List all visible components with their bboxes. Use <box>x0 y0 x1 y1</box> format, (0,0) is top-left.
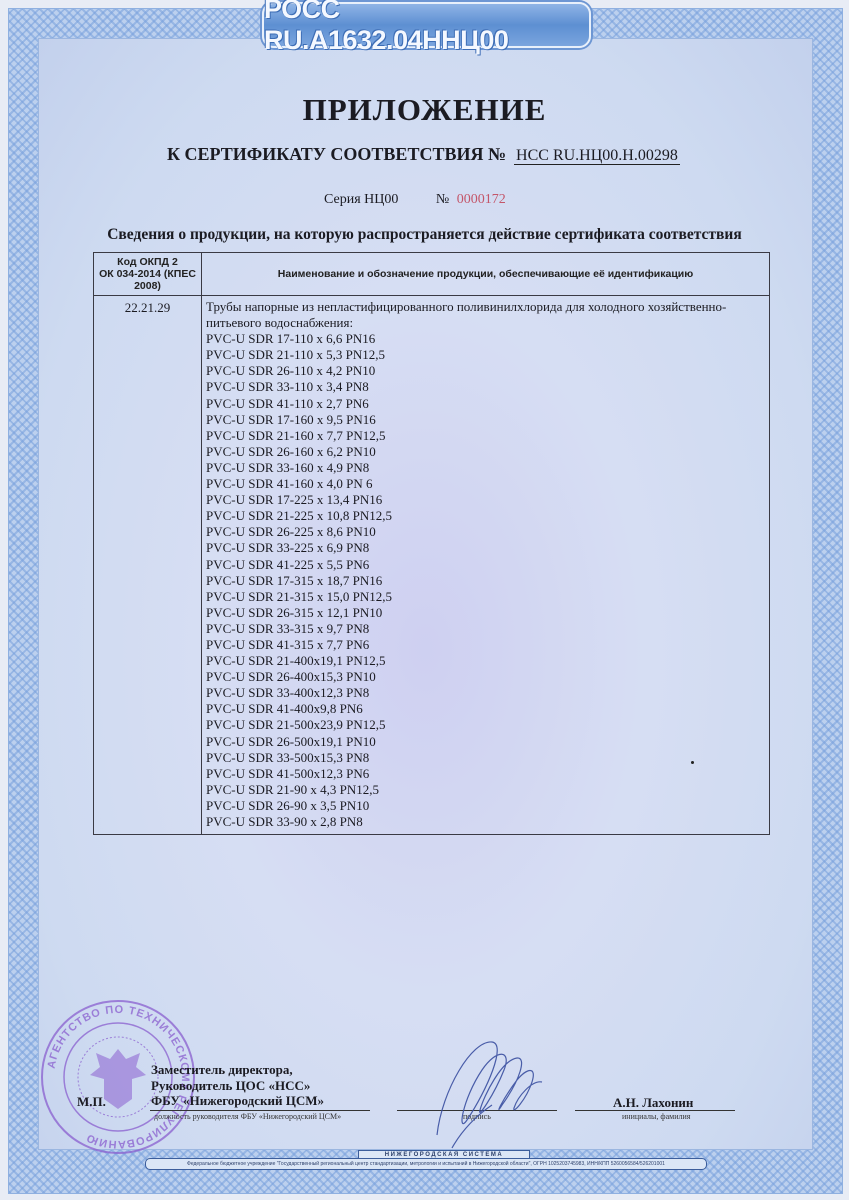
product-item: PVC-U SDR 33-500x15,3 PN8 <box>206 750 765 766</box>
product-item: PVC-U SDR 26-400x15,3 PN10 <box>206 669 765 685</box>
number-label: № <box>436 192 449 207</box>
table-row: 22.21.29Трубы напорные из непластифициро… <box>94 296 770 835</box>
product-item: PVC-U SDR 41-160 x 4,0 PN 6 <box>206 476 765 492</box>
product-item: PVC-U SDR 26-500x19,1 PN10 <box>206 734 765 750</box>
footer-organization: Федеральное бюджетное учреждение "Госуда… <box>145 1158 707 1170</box>
header-code-line1: Код ОКПД 2 <box>96 256 199 268</box>
products-table: Код ОКПД 2 ОК 034-2014 (КПЕС 2008) Наиме… <box>93 252 770 835</box>
header-name: Наименование и обозначение продукции, об… <box>202 253 770 296</box>
name-caption: инициалы, фамилия <box>622 1112 690 1121</box>
product-item: PVC-U SDR 21-110 x 5,3 PN12,5 <box>206 347 765 363</box>
description-line: Трубы напорные из непластифицированного … <box>206 299 765 315</box>
product-item: PVC-U SDR 21-90 x 4,3 PN12,5 <box>206 782 765 798</box>
position-line-2: Руководитель ЦОС «НСС» <box>151 1078 324 1094</box>
product-item: PVC-U SDR 21-500x23,9 PN12,5 <box>206 717 765 733</box>
product-item: PVC-U SDR 21-315 x 15,0 PN12,5 <box>206 589 765 605</box>
product-item: PVC-U SDR 26-90 x 3,5 PN10 <box>206 798 765 814</box>
product-item: PVC-U SDR 26-110 x 4,2 PN10 <box>206 363 765 379</box>
product-item: PVC-U SDR 33-160 x 4,9 PN8 <box>206 460 765 476</box>
certificate-subtitle: К СЕРТИФИКАТУ СООТВЕТСТВИЯ №НСС RU.НЦ00.… <box>167 144 680 165</box>
name-underline <box>575 1110 735 1111</box>
table-header-row: Код ОКПД 2 ОК 034-2014 (КПЕС 2008) Наиме… <box>94 253 770 296</box>
signatory-position: Заместитель директора, Руководитель ЦОС … <box>151 1062 324 1109</box>
position-line-1: Заместитель директора, <box>151 1062 324 1078</box>
product-item: PVC-U SDR 33-90 x 2,8 PN8 <box>206 814 765 830</box>
header-code: Код ОКПД 2 ОК 034-2014 (КПЕС 2008) <box>94 253 202 296</box>
product-item: PVC-U SDR 17-225 x 13,4 PN16 <box>206 492 765 508</box>
seal-label: М.П. <box>77 1094 106 1110</box>
position-underline <box>150 1110 370 1111</box>
product-item: PVC-U SDR 21-160 x 7,7 PN12,5 <box>206 428 765 444</box>
product-item: PVC-U SDR 21-400x19,1 PN12,5 <box>206 653 765 669</box>
product-item: PVC-U SDR 33-225 x 6,9 PN8 <box>206 540 765 556</box>
product-item: PVC-U SDR 26-315 x 12,1 PN10 <box>206 605 765 621</box>
signatory-name: А.Н. Лахонин <box>613 1095 693 1111</box>
subtitle-prefix: К СЕРТИФИКАТУ СООТВЕТСТВИЯ № <box>167 144 506 164</box>
product-item: PVC-U SDR 33-400x12,3 PN8 <box>206 685 765 701</box>
document-title: ПРИЛОЖЕНИЕ <box>0 92 849 128</box>
position-caption: должность руководителя ФБУ «Нижегородски… <box>154 1112 341 1121</box>
okpd-code: 22.21.29 <box>94 296 202 835</box>
registry-badge: РОСС RU.А1632.04ННЦ00 <box>262 2 591 48</box>
position-line-3: ФБУ «Нижегородский ЦСМ» <box>151 1093 324 1109</box>
product-item: PVC-U SDR 17-110 x 6,6 PN16 <box>206 331 765 347</box>
product-item: PVC-U SDR 41-500x12,3 PN6 <box>206 766 765 782</box>
product-item: PVC-U SDR 17-315 x 18,7 PN16 <box>206 573 765 589</box>
product-item: PVC-U SDR 33-110 x 3,4 PN8 <box>206 379 765 395</box>
ink-speck <box>691 761 694 764</box>
product-item: PVC-U SDR 26-225 x 8,6 PN10 <box>206 524 765 540</box>
header-code-line2: ОК 034-2014 (КПЕС 2008) <box>96 268 199 292</box>
product-item: PVC-U SDR 26-160 x 6,2 PN10 <box>206 444 765 460</box>
series-label: Серия НЦ00 <box>324 192 398 207</box>
section-heading: Сведения о продукции, на которую распрос… <box>0 226 849 244</box>
product-item: PVC-U SDR 41-400x9,8 PN6 <box>206 701 765 717</box>
handwritten-signature-icon <box>432 1030 562 1150</box>
product-item: PVC-U SDR 41-315 x 7,7 PN6 <box>206 637 765 653</box>
product-item: PVC-U SDR 17-160 x 9,5 PN16 <box>206 412 765 428</box>
product-item: PVC-U SDR 41-225 x 5,5 PN6 <box>206 557 765 573</box>
certificate-number: НСС RU.НЦ00.Н.00298 <box>514 147 680 165</box>
series-line: Серия НЦ00 № 0000172 <box>324 192 506 208</box>
description-line: питьевого водоснабжения: <box>206 315 765 331</box>
product-description: Трубы напорные из непластифицированного … <box>202 296 770 835</box>
product-item: PVC-U SDR 33-315 x 9,7 PN8 <box>206 621 765 637</box>
product-item: PVC-U SDR 21-225 x 10,8 PN12,5 <box>206 508 765 524</box>
form-number: 0000172 <box>457 192 506 207</box>
product-item: PVC-U SDR 41-110 x 2,7 PN6 <box>206 396 765 412</box>
